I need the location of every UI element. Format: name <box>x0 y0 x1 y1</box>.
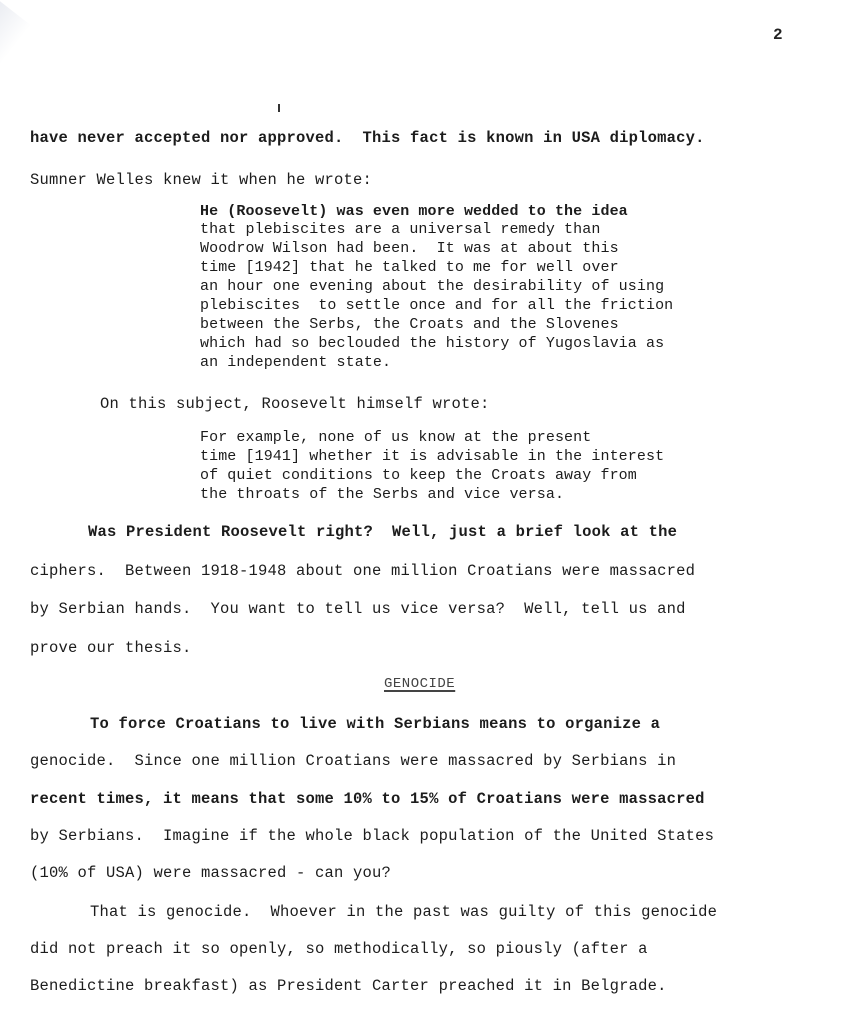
quote-line: which had so beclouded the history of Yu… <box>200 335 664 353</box>
paragraph-line: (10% of USA) were massacred - can you? <box>30 864 391 882</box>
quote-line: an independent state. <box>200 354 391 372</box>
paragraph-line: genocide. Since one million Croatians we… <box>30 752 676 770</box>
quote-line: Woodrow Wilson had been. It was at about… <box>200 240 619 258</box>
quote-line: the throats of the Serbs and vice versa. <box>200 486 564 504</box>
quote-line: between the Serbs, the Croats and the Sl… <box>200 316 619 334</box>
quote-line: time [1941] whether it is advisable in t… <box>200 448 664 466</box>
paragraph-line: by Serbian hands. You want to tell us vi… <box>30 600 686 618</box>
paragraph-line: did not preach it so openly, so methodic… <box>30 940 648 958</box>
page-number: 2 <box>773 26 783 44</box>
roosevelt-intro-line: On this subject, Roosevelt himself wrote… <box>100 395 490 413</box>
quote-line: plebiscites to settle once and for all t… <box>200 297 673 315</box>
stray-ink-mark <box>278 104 280 112</box>
quote-line: of quiet conditions to keep the Croats a… <box>200 467 637 485</box>
paragraph-line: by Serbians. Imagine if the whole black … <box>30 827 714 845</box>
paragraph-line: To force Croatians to live with Serbians… <box>90 715 660 733</box>
paragraph-line: recent times, it means that some 10% to … <box>30 790 705 808</box>
quote-line: For example, none of us know at the pres… <box>200 429 591 447</box>
paragraph-line: ciphers. Between 1918-1948 about one mil… <box>30 562 695 580</box>
section-heading: GENOCIDE <box>384 676 455 692</box>
page-corner-fold <box>0 0 31 128</box>
paragraph-line: Was President Roosevelt right? Well, jus… <box>88 523 677 541</box>
quote-line: an hour one evening about the desirabili… <box>200 278 664 296</box>
document-page: 2 have never accepted nor approved. This… <box>0 0 864 1023</box>
intro-line-2: Sumner Welles knew it when he wrote: <box>30 171 372 189</box>
paragraph-line: prove our thesis. <box>30 639 192 657</box>
quote-line: that plebiscites are a universal remedy … <box>200 221 600 239</box>
quote-line: He (Roosevelt) was even more wedded to t… <box>200 203 628 221</box>
intro-line-1: have never accepted nor approved. This f… <box>30 129 705 147</box>
paragraph-line: That is genocide. Whoever in the past wa… <box>90 903 717 921</box>
quote-line: time [1942] that he talked to me for wel… <box>200 259 619 277</box>
paragraph-line: Benedictine breakfast) as President Cart… <box>30 977 667 995</box>
